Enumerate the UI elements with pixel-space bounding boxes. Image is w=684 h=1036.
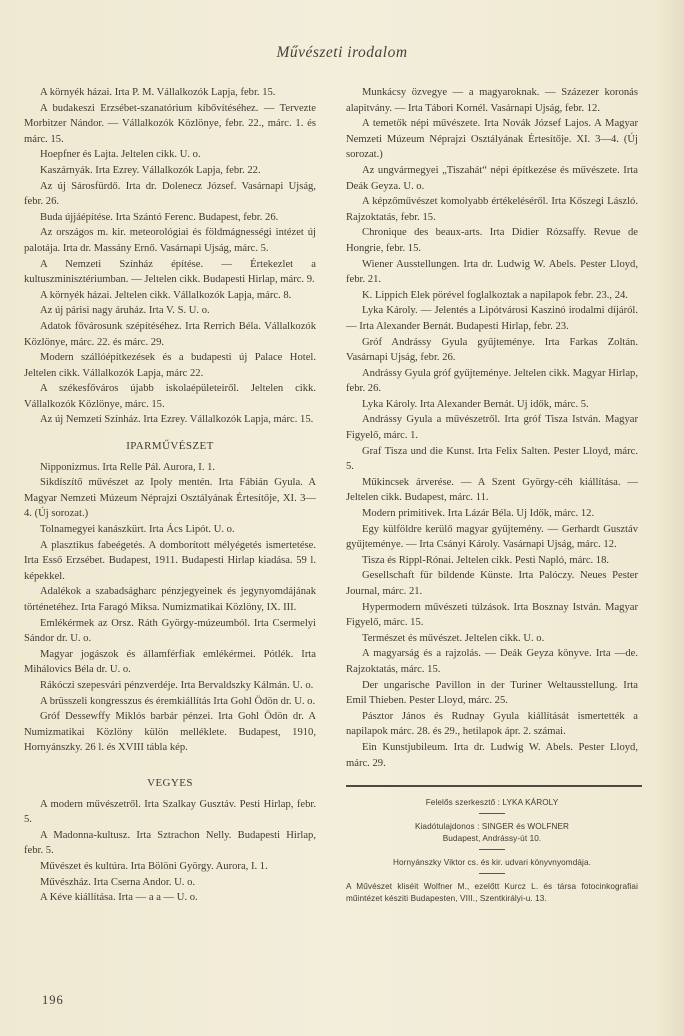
bibliography-entry: Andrássy Gyula gróf gyűjteménye. Jeltele… <box>346 366 638 397</box>
short-divider <box>479 849 505 850</box>
bibliography-entry: Az új Sárosfürdő. Irta dr. Dolenecz Józs… <box>24 179 316 210</box>
bibliography-entry: Ein Kunstjubileum. Irta dr. Ludwig W. Ab… <box>346 740 638 771</box>
bibliography-entry: Az új Nemzeti Színház. Irta Ezrey. Válla… <box>24 412 316 428</box>
bibliography-entry: Műkincsek árverése. — A Szent György-céh… <box>346 475 638 506</box>
bibliography-entry: A budakeszi Erzsébet-szanatórium kibővít… <box>24 101 316 148</box>
bibliography-entry: A brüsszeli kongresszus és éremkiállítás… <box>24 694 316 710</box>
bibliography-entry: Lyka Károly. — Jelentés a Lipótvárosi Ka… <box>346 303 638 334</box>
right-column: Munkácsy özvegye — a magyaroknak. — Száz… <box>346 85 638 905</box>
section-heading-vegyes: VEGYES <box>24 776 316 792</box>
bibliography-entry: A képzőművészet komolyabb értékeléséről.… <box>346 194 638 225</box>
horizontal-rule <box>346 785 642 787</box>
document-page: Művészeti irodalom A környék házai. Irta… <box>0 0 684 1036</box>
bibliography-entry: Magyar jogászok és államférfiak emlékérm… <box>24 647 316 678</box>
bibliography-entry: Hoepfner és Lajta. Jeltelen cikk. U. o. <box>24 147 316 163</box>
imprint-editor: Felelős szerkesztő : LYKA KÁROLY <box>346 797 638 809</box>
bibliography-entry: Egy külföldre kerülő magyar gyűjtemény. … <box>346 522 638 553</box>
bibliography-entry: A Madonna-kultusz. Irta Sztrachon Nelly.… <box>24 828 316 859</box>
bibliography-entry: Munkácsy özvegye — a magyaroknak. — Száz… <box>346 85 638 116</box>
running-title: Művészeti irodalom <box>0 44 684 62</box>
bibliography-entry: A környék házai. Irta P. M. Vállalkozók … <box>24 85 316 101</box>
bibliography-entry: Buda újjáépítése. Irta Szántó Ferenc. Bu… <box>24 210 316 226</box>
bibliography-entry: A környék házai. Jeltelen cikk. Vállalko… <box>24 288 316 304</box>
imprint-publisher-address: Budapest, Andrássy-út 10. <box>346 833 638 845</box>
bibliography-entry: Rákóczi szepesvári pénzverdéje. Irta Ber… <box>24 678 316 694</box>
short-divider <box>479 813 505 814</box>
bibliography-entry: Adatok fővárosunk szépítéséhez. Irta Rer… <box>24 319 316 350</box>
bibliography-entry: Kaszárnyák. Irta Ezrey. Vállalkozók Lapj… <box>24 163 316 179</box>
bibliography-entry: Az országos m. kir. meteorológiai és föl… <box>24 225 316 256</box>
imprint-block: Felelős szerkesztő : LYKA KÁROLY Kiadótu… <box>346 797 638 905</box>
bibliography-entry: Gróf Dessewffy Miklós barbár pénzei. Irt… <box>24 709 316 756</box>
bibliography-entry: A modern művészetről. Irta Szalkay Guszt… <box>24 797 316 828</box>
bibliography-entry: Graf Tisza und die Kunst. Irta Felix Sal… <box>346 444 638 475</box>
bibliography-entry: Emlékérmek az Orsz. Ráth György-múzeumbó… <box>24 616 316 647</box>
bibliography-entry: Tisza és Rippl-Rónai. Jeltelen cikk. Pes… <box>346 553 638 569</box>
imprint-printer: Hornyánszky Viktor cs. és kir. udvari kö… <box>346 857 638 869</box>
bibliography-entry: Wiener Ausstellungen. Irta dr. Ludwig W.… <box>346 257 638 288</box>
bibliography-entry: Andrássy Gyula a művészetről. Irta gróf … <box>346 412 638 443</box>
short-divider <box>479 873 505 874</box>
bibliography-entry: Pásztor János és Rudnay Gyula kiállításá… <box>346 709 638 740</box>
bibliography-entry: Művészház. Irta Cserna Andor. U. o. <box>24 875 316 891</box>
bibliography-entry: A Nemzeti Színház építése. — Értekezlet … <box>24 257 316 288</box>
bibliography-entry: Gróf Andrássy Gyula gyűjteménye. Irta Fa… <box>346 335 638 366</box>
bibliography-entry: Hypermodern művészeti túlzások. Irta Bos… <box>346 600 638 631</box>
bibliography-entry: Az ungvármegyei „Tiszahát“ népi építkezé… <box>346 163 638 194</box>
bibliography-entry: Chronique des beaux-arts. Irta Didier Ró… <box>346 225 638 256</box>
bibliography-entry: A székesfőváros újabb iskolaépületeiről.… <box>24 381 316 412</box>
page-number: 196 <box>42 993 64 1008</box>
bibliography-entry: Sikdíszítő művészet az Ipoly mentén. Irt… <box>24 475 316 522</box>
section-heading-iparmuveszet: IPARMŰVÉSZET <box>24 439 316 455</box>
bibliography-entry: Az új párisi nagy áruház. Irta V. S. U. … <box>24 303 316 319</box>
bibliography-entry: Tolnamegyei kanászkürt. Irta Ács Lipót. … <box>24 522 316 538</box>
bibliography-entry: Művészet és kultúra. Irta Bölöni György.… <box>24 859 316 875</box>
bibliography-entry: A Kéve kiállítása. Irta — a a — U. o. <box>24 890 316 906</box>
imprint-publisher: Kiadótulajdonos : SINGER és WOLFNER <box>346 821 638 833</box>
bibliography-entry: Gesellschaft für bildende Künste. Irta P… <box>346 568 638 599</box>
bibliography-entry: A magyarság és a rajzolás. — Deák Geyza … <box>346 646 638 677</box>
bibliography-entry: A plasztikus fabeégetés. A domborított m… <box>24 538 316 585</box>
bibliography-entry: Modern szállóépítkezések és a budapesti … <box>24 350 316 381</box>
bibliography-entry: Természet és művészet. Jeltelen cikk. U.… <box>346 631 638 647</box>
imprint-engraver-note: A Művészet kliséit Wolfner M., ezelőtt K… <box>346 881 638 905</box>
bibliography-entry: K. Lippich Elek pörével foglalkoztak a n… <box>346 288 638 304</box>
bibliography-entry: A temetők népi művészete. Irta Novák Józ… <box>346 116 638 163</box>
bibliography-entry: Lyka Károly. Irta Alexander Bernát. Uj i… <box>346 397 638 413</box>
bibliography-entry: Der ungarische Pavillon in der Turiner W… <box>346 678 638 709</box>
left-column: A környék házai. Irta P. M. Vállalkozók … <box>24 85 316 906</box>
bibliography-entry: Modern primitivek. Irta Lázár Béla. Uj I… <box>346 506 638 522</box>
bibliography-entry: Adalékok a szabadságharc pénzjegyeinek é… <box>24 584 316 615</box>
bibliography-entry: Nipponizmus. Irta Relle Pál. Aurora, I. … <box>24 460 316 476</box>
